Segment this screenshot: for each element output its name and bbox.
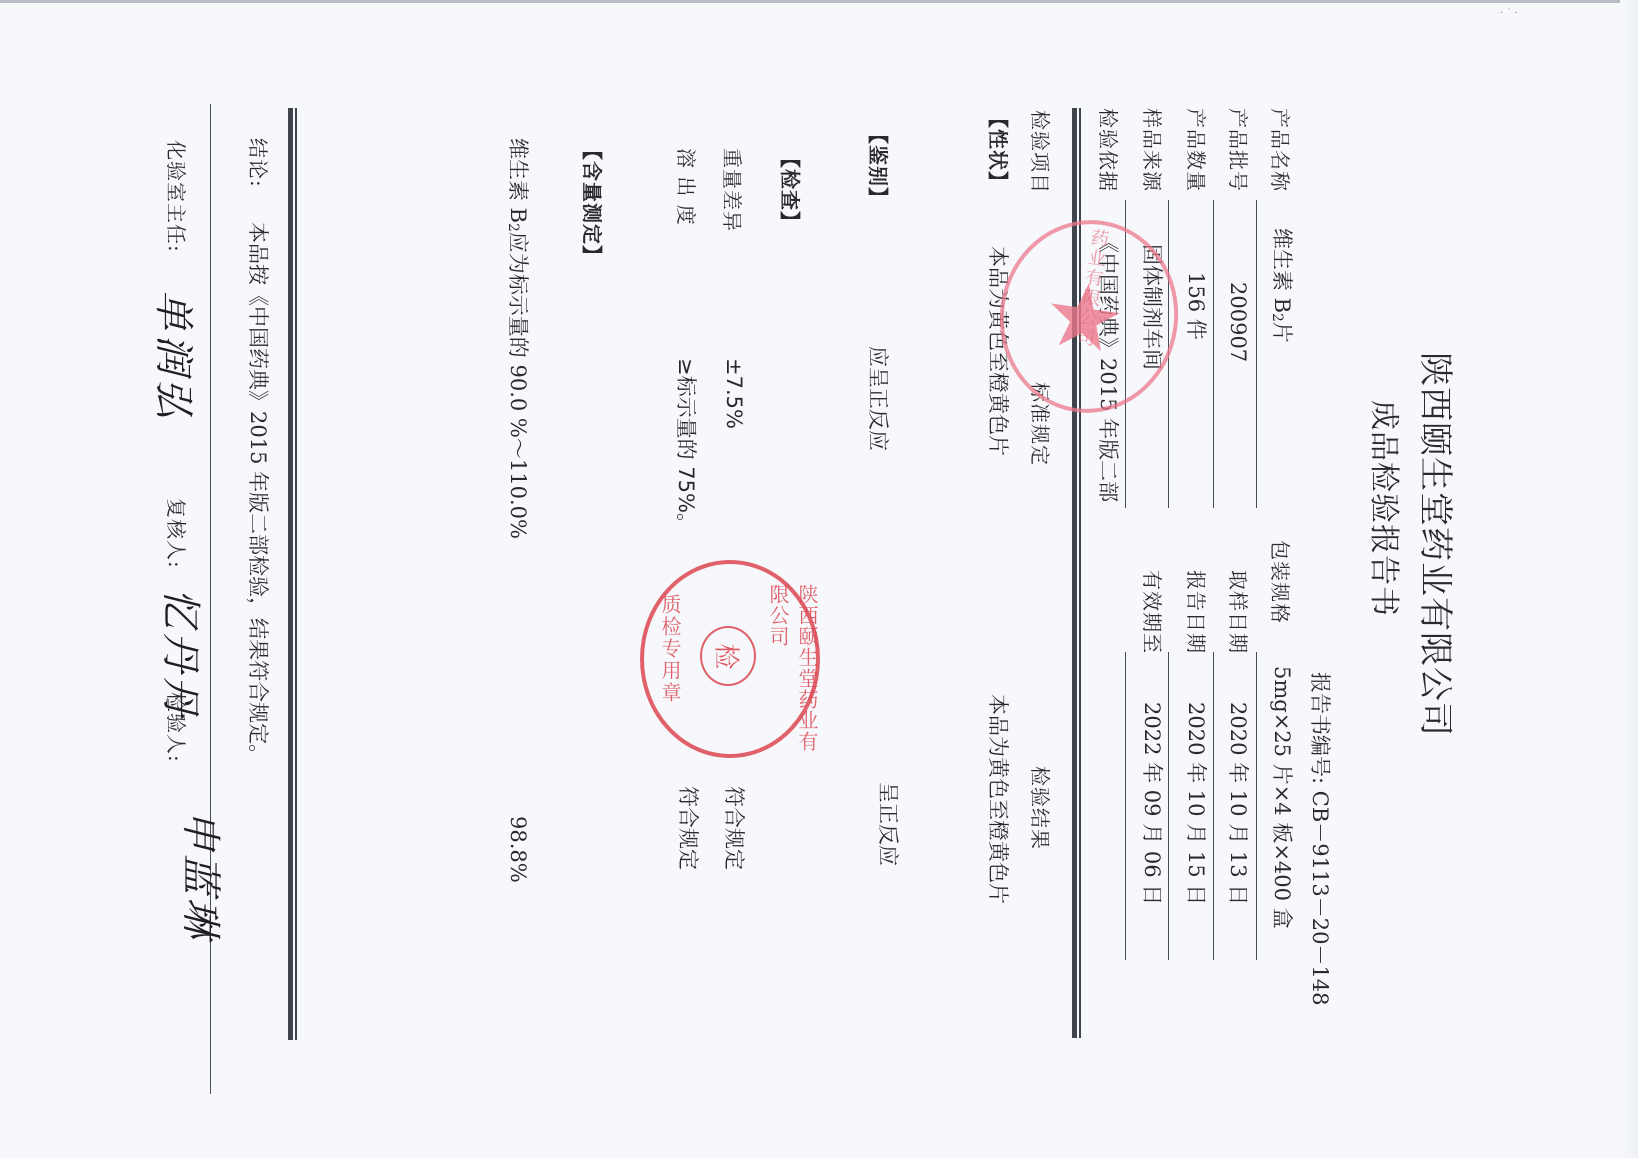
lab-director-label: 化验室主任: (166, 140, 186, 253)
assay-standard: 维生素 B2应为标示量的 90.0 %～110.0% (505, 138, 528, 539)
identification-result: 呈正反应 (877, 782, 898, 866)
qc-stamp: 陕西颐生堂药业有限公司 质检专用章 检 (640, 560, 820, 758)
report-number-value: CB－9113－20－148 (1308, 791, 1332, 1006)
table-bottom-rule (288, 108, 297, 1040)
page-edge (0, 0, 1638, 3)
label-sampling-date: 取样日期 (1228, 570, 1248, 654)
inspector-label: 检验人: (166, 692, 186, 763)
page-shade (1620, 0, 1638, 1158)
appearance-result: 本品为黄色至橙黄色片 (987, 694, 1008, 904)
dissolution-result: 符合规定 (677, 786, 698, 870)
value-package-spec: 5mg×25 片×4 板×400 盒 (1271, 666, 1292, 929)
qc-stamp-center: 检 (700, 626, 756, 686)
underline-sample-source (1125, 200, 1126, 508)
value-basis: 《中国药典》2015 年版二部 (1097, 232, 1118, 502)
label-report-date: 报告日期 (1186, 570, 1206, 654)
underline-batch-no (1213, 200, 1214, 508)
section-inspection: 【检查】 (780, 148, 800, 232)
header-standard: 标准规定 (1030, 382, 1050, 466)
value-batch-no: 200907 (1227, 282, 1248, 362)
company-name: 陕西颐生堂药业有限公司 (1418, 352, 1452, 737)
value-quantity: 156 件 (1185, 272, 1206, 340)
label-basis: 检验依据 (1098, 108, 1118, 192)
lab-director-signature: 单润弘 (148, 290, 205, 422)
section-identification: 【鉴别】 (868, 124, 888, 208)
underline-report-date (1168, 652, 1169, 960)
report-number-label: 报告书编号: (1308, 672, 1332, 784)
label-expiry: 有效期至 (1142, 570, 1162, 654)
underline-package-spec (1256, 652, 1257, 960)
underline-product-name (1256, 200, 1257, 508)
weight-result: 符合规定 (723, 786, 744, 870)
inspection-item-dissolution: 溶 出 度 (676, 148, 696, 226)
inspector-signature: 申蓝琳 (175, 810, 232, 942)
section-appearance: 【性状】 (988, 108, 1008, 192)
inspection-item-weight: 重量差异 (722, 148, 742, 232)
header-result: 检验结果 (1030, 766, 1050, 850)
label-batch-no: 产品批号 (1228, 108, 1248, 192)
underline-expiry (1125, 652, 1126, 960)
conclusion-label: 结论: (248, 138, 268, 188)
underline-sampling-date (1213, 652, 1214, 960)
value-expiry: 2022 年 09 月 06 日 (1141, 702, 1162, 905)
assay-result: 98.8% (507, 816, 528, 883)
label-product-name: 产品名称 (1270, 108, 1290, 192)
weight-standard: ±7.5% (723, 358, 744, 429)
dissolution-standard: ≥标示量的 75%。 (675, 358, 696, 534)
value-product-name: 维生素 B2片 (1269, 228, 1292, 343)
value-report-date: 2020 年 10 月 15 日 (1185, 702, 1206, 905)
value-sampling-date: 2020 年 10 月 13 日 (1227, 702, 1248, 905)
appearance-standard: 本品为黄色至橙黄色片 (987, 246, 1008, 456)
label-quantity: 产品数量 (1186, 108, 1206, 192)
label-package-spec: 包装规格 (1270, 540, 1290, 624)
section-assay: 【含量测定】 (582, 140, 602, 266)
reviewer-label: 复核人: (166, 498, 186, 569)
report-title: 成品检验报告书 (1368, 400, 1398, 617)
identification-standard: 应呈正反应 (867, 346, 888, 451)
scan-specks: · ˙ · (1500, 8, 1518, 19)
report-number: 报告书编号: CB－9113－20－148 (1309, 672, 1330, 1006)
conclusion-text: 本品按《中国药典》2015 年版二部检验，结果符合规定。 (247, 222, 268, 765)
label-sample-source: 样品来源 (1142, 108, 1162, 192)
header-item: 检验项目 (1030, 110, 1050, 194)
underline-quantity (1168, 200, 1169, 508)
value-sample-source: 固体制剂车间 (1141, 244, 1162, 370)
table-top-rule (1072, 108, 1081, 1038)
